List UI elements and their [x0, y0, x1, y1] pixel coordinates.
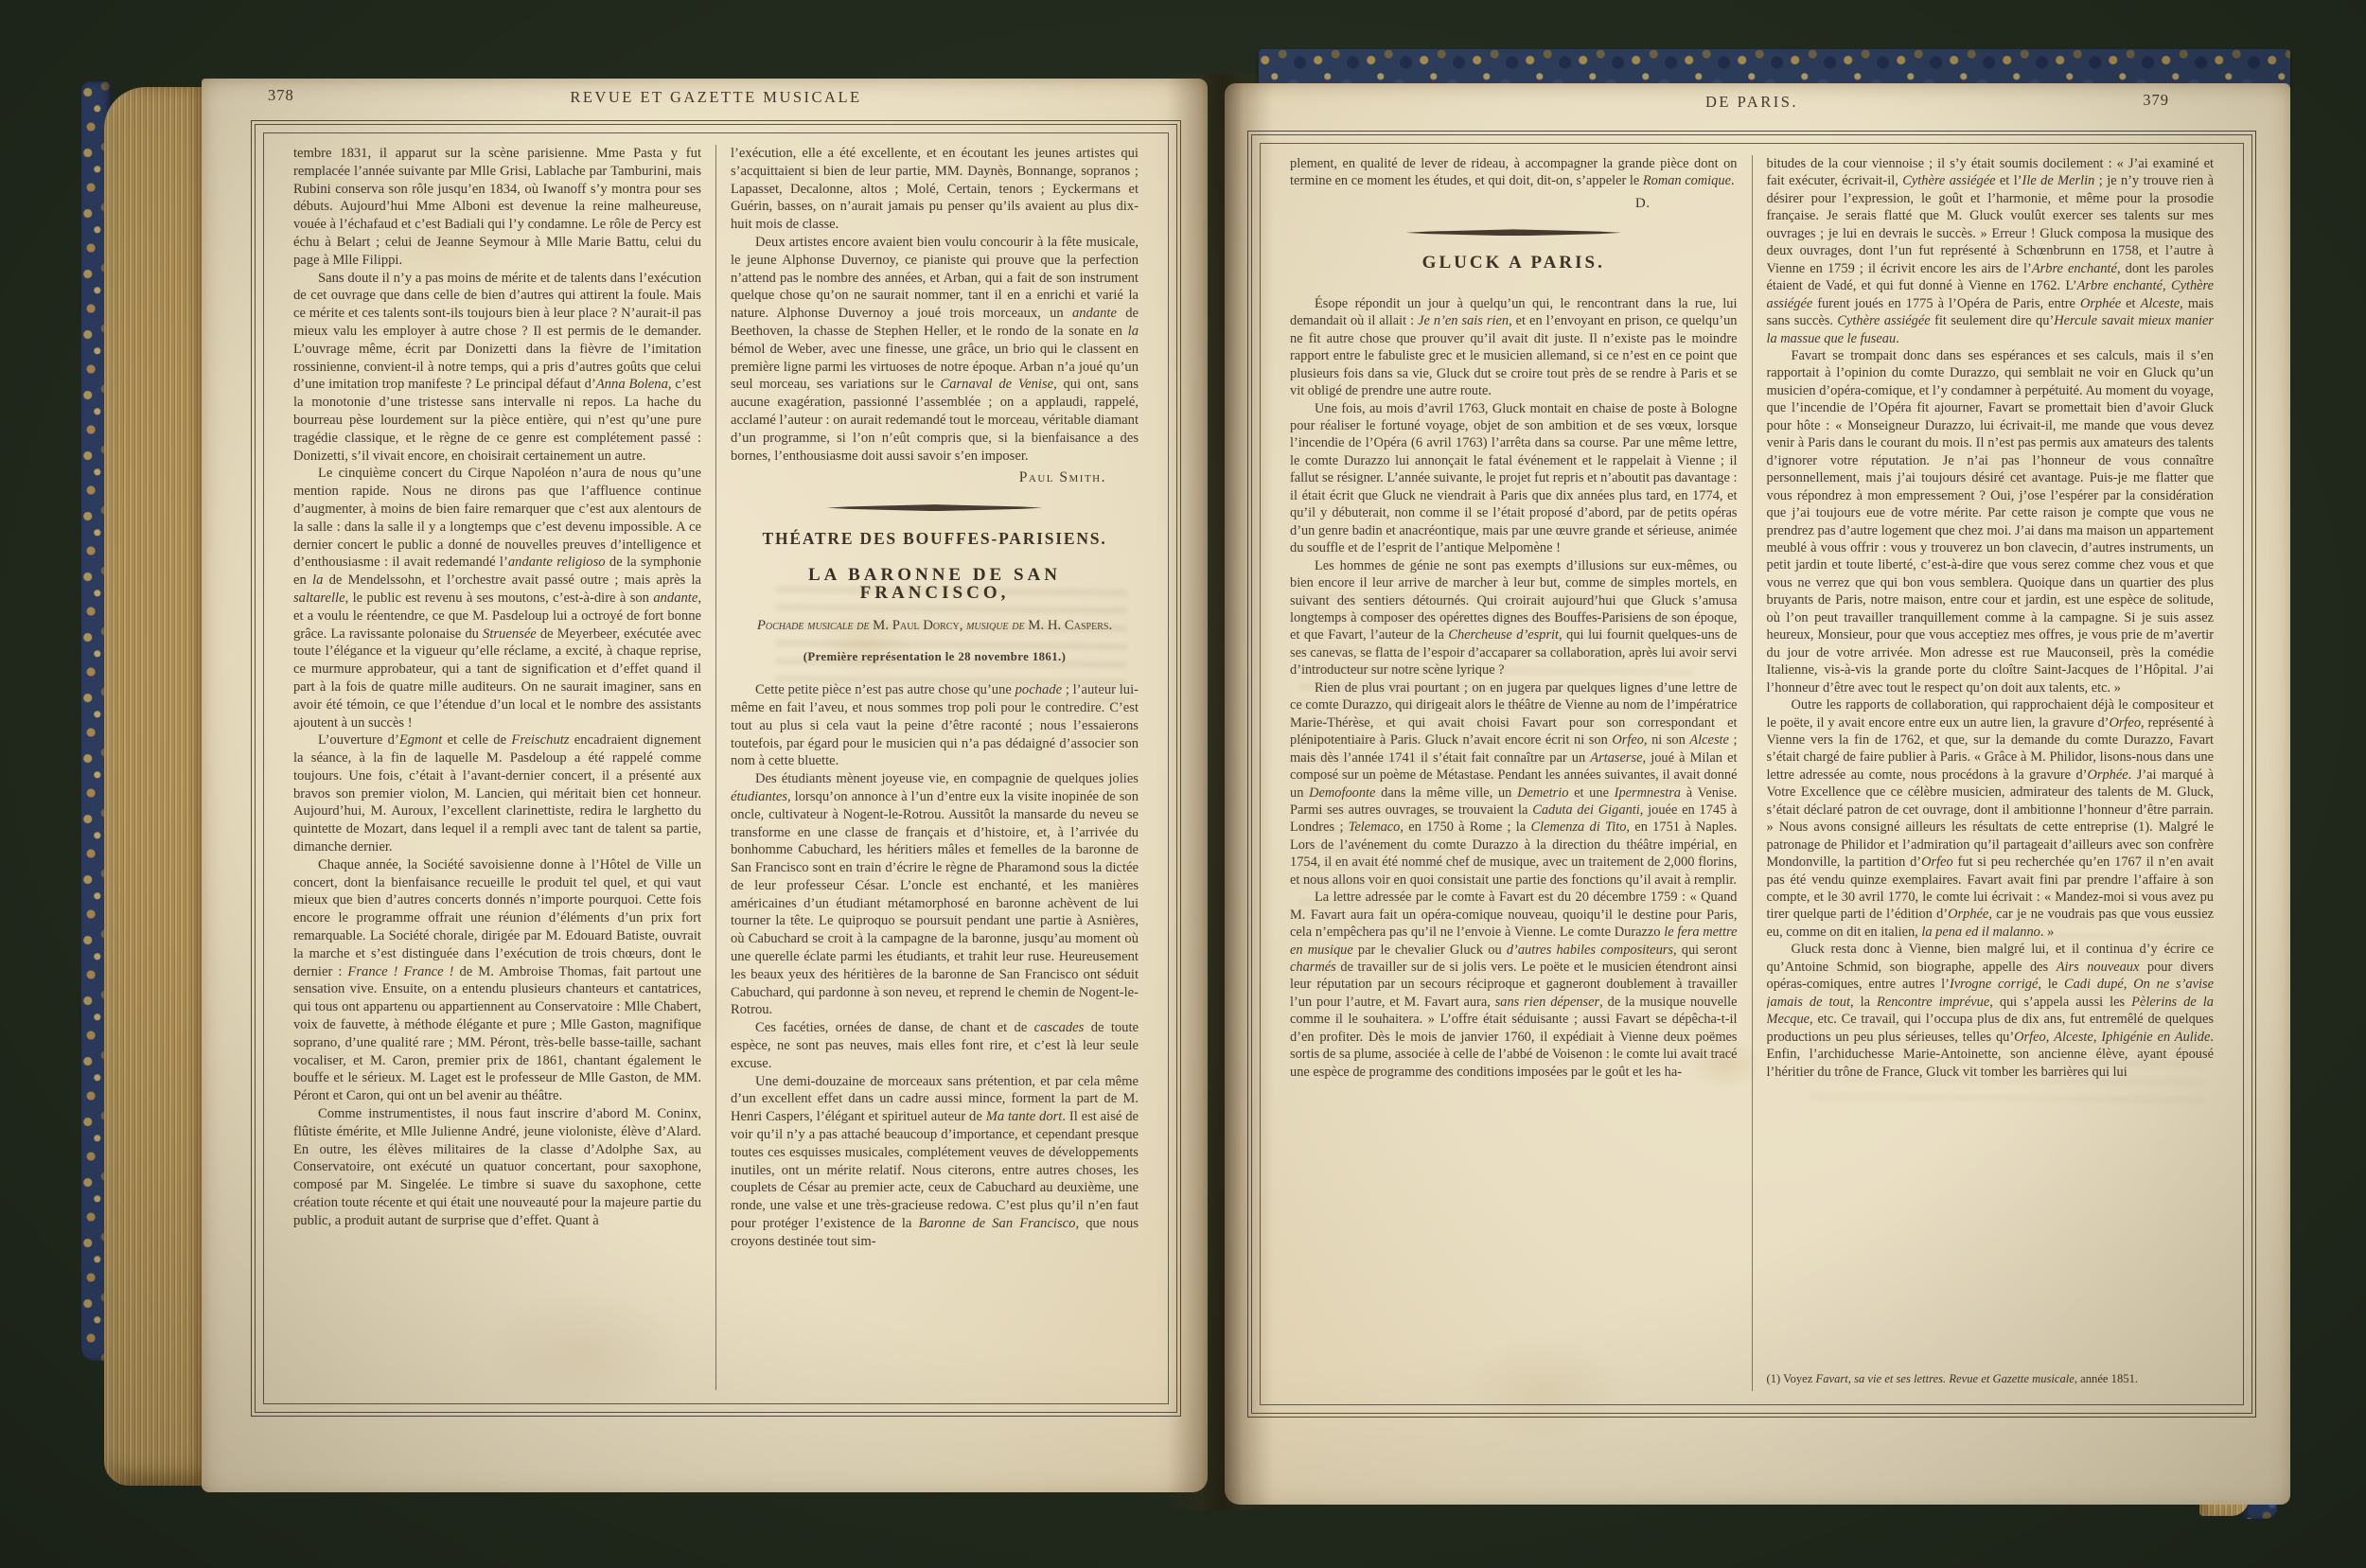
column-text: tembre 1831, il apparut sur la scène par…: [293, 145, 701, 1390]
section-divider-ornament: [1405, 229, 1621, 236]
running-title-left: REVUE ET GAZETTE MUSICALE: [251, 88, 1181, 107]
right-page-column-1: plement, en qualité de lever de rideau, …: [1276, 155, 1752, 1391]
paragraph: Outre les rapports de collaboration, qui…: [1767, 696, 2215, 941]
section-heading-gluck: GLUCK A PARIS.: [1290, 255, 1738, 272]
running-title-right: DE PARIS.: [1247, 93, 2256, 112]
author-signature: D.: [1290, 195, 1738, 212]
theatre-review-text: Cette petite pièce n’est pas autre chose…: [731, 681, 1139, 1251]
page-border-frame: tembre 1831, il apparut sur la scène par…: [251, 120, 1181, 1417]
paragraph: L’ouverture d’Egmont et celle de Freisch…: [293, 731, 701, 856]
paragraph: Chaque année, la Société savoisienne don…: [293, 856, 701, 1105]
theatre-review-continuation: plement, en qualité de lever de rideau, …: [1290, 155, 1738, 190]
paragraph: Le cinquième concert du Cirque Napoléon …: [293, 465, 701, 731]
right-page: DE PARIS. 379 plement, en qualité de lev…: [1225, 83, 2290, 1505]
page-number-right: 379: [2143, 91, 2169, 110]
work-byline: Pochade musicale de M. Paul Dorcy, musiq…: [731, 617, 1139, 635]
column-text: l’exécution, elle a été excellente, et e…: [731, 145, 1139, 1390]
paragraph: Gluck resta donc à Vienne, bien malgré l…: [1767, 941, 2215, 1081]
premiere-note: (Première représentation le 28 novembre …: [731, 648, 1139, 666]
paragraph: tembre 1831, il apparut sur la scène par…: [293, 145, 701, 270]
column-text: bitudes de la cour viennoise ; il s’y ét…: [1767, 155, 2215, 1361]
paragraph: Favart se trompait donc dans ses espéran…: [1767, 347, 2215, 696]
paragraph: Une demi-douzaine de morceaux sans préte…: [731, 1073, 1139, 1251]
left-page-column-1: tembre 1831, il apparut sur la scène par…: [279, 145, 715, 1390]
page-border-frame: plement, en qualité de lever de rideau, …: [1247, 131, 2256, 1418]
left-page: 378 REVUE ET GAZETTE MUSICALE tembre 183…: [202, 79, 1208, 1492]
paragraph: La lettre adressée par le comte à Favart…: [1290, 889, 1738, 1081]
paragraph: plement, en qualité de lever de rideau, …: [1290, 155, 1738, 190]
paragraph: Les hommes de génie ne sont pas exempts …: [1290, 557, 1738, 679]
paragraph: l’exécution, elle a été excellente, et e…: [731, 145, 1139, 234]
section-heading-theatre: THÉATRE DES BOUFFES-PARISIENS.: [731, 530, 1139, 548]
gluck-article-text: Ésope répondit un jour à quelqu’un qui, …: [1290, 295, 1738, 1081]
left-page-column-2: l’exécution, elle a été excellente, et e…: [715, 145, 1153, 1390]
work-title: LA BARONNE DE SAN FRANCISCO,: [731, 567, 1139, 603]
paragraph: Des étudiants mènent joyeuse vie, en com…: [731, 770, 1139, 1019]
right-page-column-2: bitudes de la cour viennoise ; il s’y ét…: [1752, 155, 2229, 1391]
page-stack-fore-edge-left: [104, 87, 208, 1486]
column-text: plement, en qualité de lever de rideau, …: [1290, 155, 1738, 1391]
section-divider-ornament: [827, 504, 1043, 511]
concert-review-end: l’exécution, elle a été excellente, et e…: [731, 145, 1139, 465]
paragraph: Ces facéties, ornées de danse, de chant …: [731, 1019, 1139, 1072]
paragraph: Deux artistes encore avaient bien voulu …: [731, 234, 1139, 465]
paragraph: Sans doute il n’y a pas moins de mérite …: [293, 270, 701, 466]
author-signature: Paul Smith.: [731, 469, 1139, 487]
paragraph: Ésope répondit un jour à quelqu’un qui, …: [1290, 295, 1738, 400]
paragraph: Comme instrumentistes, il nous faut insc…: [293, 1105, 701, 1230]
paragraph: Cette petite pièce n’est pas autre chose…: [731, 681, 1139, 770]
paragraph: Une fois, au mois d’avril 1763, Gluck mo…: [1290, 400, 1738, 557]
paragraph: Rien de plus vrai pourtant ; on en juger…: [1290, 679, 1738, 889]
footnote: (1) Voyez Favart, sa vie et ses lettres.…: [1767, 1361, 2215, 1391]
paragraph: bitudes de la cour viennoise ; il s’y ét…: [1767, 155, 2215, 347]
